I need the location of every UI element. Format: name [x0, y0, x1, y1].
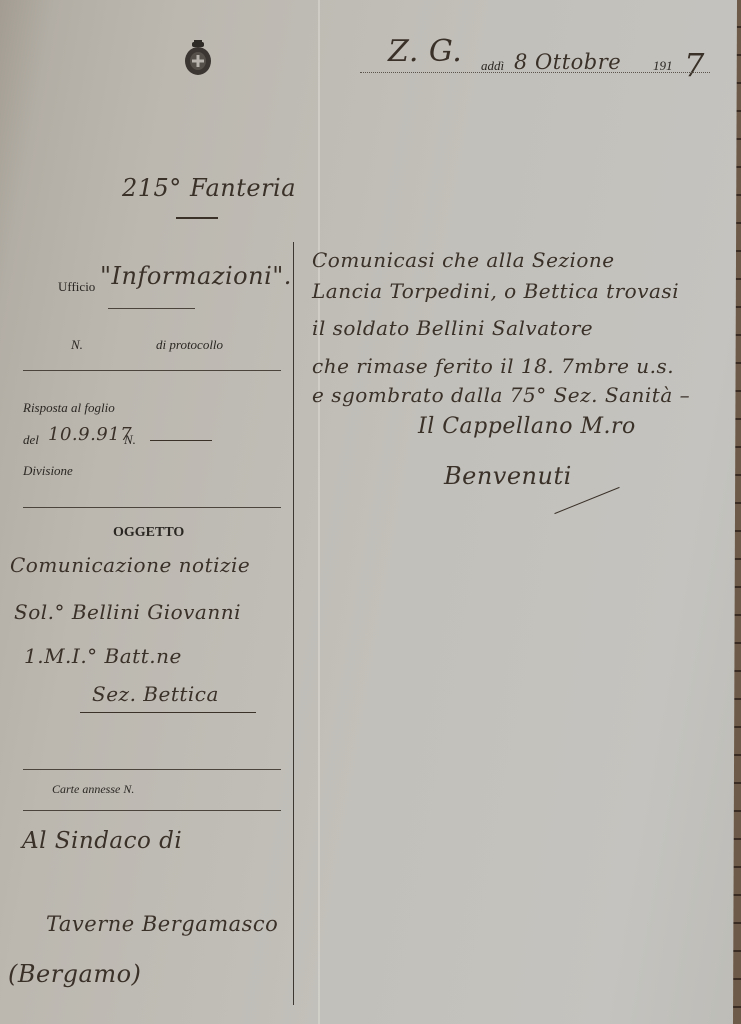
- signature-flourish: [554, 487, 619, 514]
- body-line-5: e sgombrato dalla 75° Sez. Sanità –: [312, 383, 690, 407]
- year-suffix: 7: [684, 46, 705, 84]
- recipient-line-1: Al Sindaco di: [22, 828, 182, 854]
- protocollo-label: di protocollo: [156, 337, 223, 353]
- body-line-3: il soldato Bellini Salvatore: [312, 316, 593, 340]
- signature: Benvenuti: [444, 462, 572, 490]
- body-line-2: Lancia Torpedini, o Bettica trovasi: [312, 279, 679, 303]
- oggetto-line-3: 1.M.I.° Batt.ne: [24, 644, 182, 668]
- date-day-month: 8 Ottobre: [514, 50, 621, 74]
- divisione-label: Divisione: [23, 463, 73, 479]
- recipient-line-3: (Bergamo): [8, 960, 141, 988]
- oggetto-label: OGGETTO: [113, 525, 184, 541]
- document-sheet: Z. G. addì 8 Ottobre 191 7 215° Fanteria…: [0, 0, 741, 1024]
- n-foglio-dash: [150, 440, 212, 441]
- unit-name: 215° Fanteria: [122, 174, 296, 202]
- divider-3: [23, 769, 281, 770]
- oggetto-line-2: Sol.° Bellini Giovanni: [14, 600, 241, 624]
- del-label: del: [23, 432, 39, 448]
- oggetto-line-4: Sez. Bettica: [92, 682, 219, 706]
- oggetto-underline: [80, 712, 256, 713]
- divider-2: [23, 507, 281, 508]
- body-line-1: Comunicasi che alla Sezione: [312, 248, 615, 272]
- ufficio-label: Ufficio: [58, 279, 95, 295]
- royal-crest-icon: [182, 40, 214, 78]
- n-protocollo-label: N.: [71, 337, 83, 353]
- paper-fold-crease: [318, 0, 320, 1024]
- recipient-line-2: Taverne Bergamasco: [46, 912, 278, 936]
- oggetto-line-1: Comunicazione notizie: [10, 553, 250, 577]
- risposta-label: Risposta al foglio: [23, 400, 115, 416]
- carte-annesse-label: Carte annesse N.: [52, 782, 134, 797]
- body-line-4: che rimase ferito il 18. 7mbre u.s.: [312, 354, 674, 378]
- ufficio-underline: [108, 308, 195, 309]
- closing-title: Il Cappellano M.ro: [418, 414, 636, 439]
- divider-4: [23, 810, 281, 811]
- date-dotted-line: [360, 72, 710, 73]
- divider-1: [23, 370, 281, 371]
- n-foglio-label: N.: [124, 432, 136, 448]
- ufficio-value: "Informazioni".: [100, 262, 292, 290]
- del-date-value: 10.9.917: [48, 424, 132, 445]
- unit-underline: [176, 217, 218, 219]
- column-divider: [293, 242, 294, 1005]
- place-abbreviation: Z. G.: [388, 34, 462, 69]
